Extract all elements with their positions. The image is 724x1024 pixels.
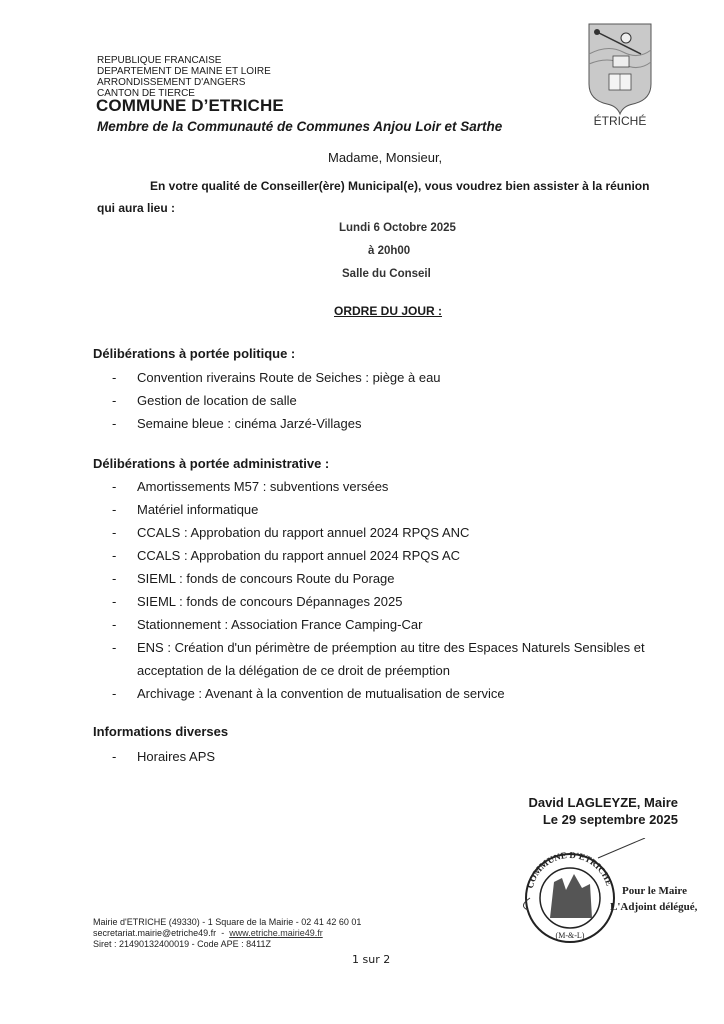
agenda-item-continuation: acceptation de la délégation de ce droit… <box>112 663 450 678</box>
footer-website-link[interactable]: www.etriche.mairie49.fr <box>229 928 323 938</box>
intro-line-2: qui aura lieu : <box>97 201 175 215</box>
agenda-item: -Amortissements M57 : subventions versée… <box>112 479 388 494</box>
agenda-item: -Matériel informatique <box>112 502 258 517</box>
section-title-informations: Informations diverses <box>93 724 228 739</box>
coat-of-arms-icon: ÉTRICHÉ <box>583 22 657 126</box>
meeting-time: à 20h00 <box>368 245 410 257</box>
svg-text:Pour le Maire: Pour le Maire <box>622 885 687 897</box>
page-number: 1 sur 2 <box>352 953 390 966</box>
agenda-item: -CCALS : Approbation du rapport annuel 2… <box>112 525 469 540</box>
meeting-date: Lundi 6 Octobre 2025 <box>339 222 456 234</box>
agenda-item: -SIEML : fonds de concours Dépannages 20… <box>112 594 402 609</box>
footer-siret: Siret : 21490132400019 - Code APE : 8411… <box>93 939 271 950</box>
footer-address: Mairie d'ETRICHE (49330) - 1 Square de l… <box>93 917 361 928</box>
header-line-arrondissement: ARRONDISSEMENT D'ANGERS <box>97 77 245 88</box>
footer-contact: secretariat.mairie@etriche49.fr - www.et… <box>93 928 323 939</box>
official-stamp-icon: COMMUNE D'ETRICHE (M-&-L) Pour le Maire … <box>510 838 700 958</box>
commune-title: COMMUNE D’ETRICHE <box>96 96 284 116</box>
meeting-place: Salle du Conseil <box>342 268 431 280</box>
agenda-item: -ENS : Création d'un périmètre de préemp… <box>112 640 645 655</box>
signature-date: Le 29 septembre 2025 <box>543 812 678 827</box>
section-title-politique: Délibérations à portée politique : <box>93 346 295 361</box>
header-line-republique: REPUBLIQUE FRANCAISE <box>97 55 221 66</box>
agenda-item: -Archivage : Avenant à la convention de … <box>112 686 505 701</box>
section-title-administrative: Délibérations à portée administrative : <box>93 456 329 471</box>
agenda-item: -Gestion de location de salle <box>112 393 297 408</box>
agenda-item: -Stationnement : Association France Camp… <box>112 617 422 632</box>
svg-text:L'Adjoint délégué,: L'Adjoint délégué, <box>610 901 698 913</box>
agenda-title: ORDRE DU JOUR : <box>334 304 442 318</box>
svg-text:(M-&-L): (M-&-L) <box>556 931 585 940</box>
intro-line-1: En votre qualité de Conseiller(ère) Muni… <box>150 179 649 193</box>
salutation: Madame, Monsieur, <box>328 150 442 165</box>
signatory-name: David LAGLEYZE, Maire <box>528 795 678 810</box>
agenda-item: -SIEML : fonds de concours Route du Pora… <box>112 571 395 586</box>
agenda-item: -CCALS : Approbation du rapport annuel 2… <box>112 548 460 563</box>
agenda-item: -Convention riverains Route de Seiches :… <box>112 370 441 385</box>
header-line-departement: DEPARTEMENT DE MAINE ET LOIRE <box>97 66 271 77</box>
footer-email[interactable]: secretariat.mairie@etriche49.fr <box>93 928 216 938</box>
agenda-item: -Horaires APS <box>112 749 215 764</box>
agenda-item: -Semaine bleue : cinéma Jarzé-Villages <box>112 416 362 431</box>
commune-membership: Membre de la Communauté de Communes Anjo… <box>97 119 502 134</box>
svg-text:ÉTRICHÉ: ÉTRICHÉ <box>594 113 647 126</box>
